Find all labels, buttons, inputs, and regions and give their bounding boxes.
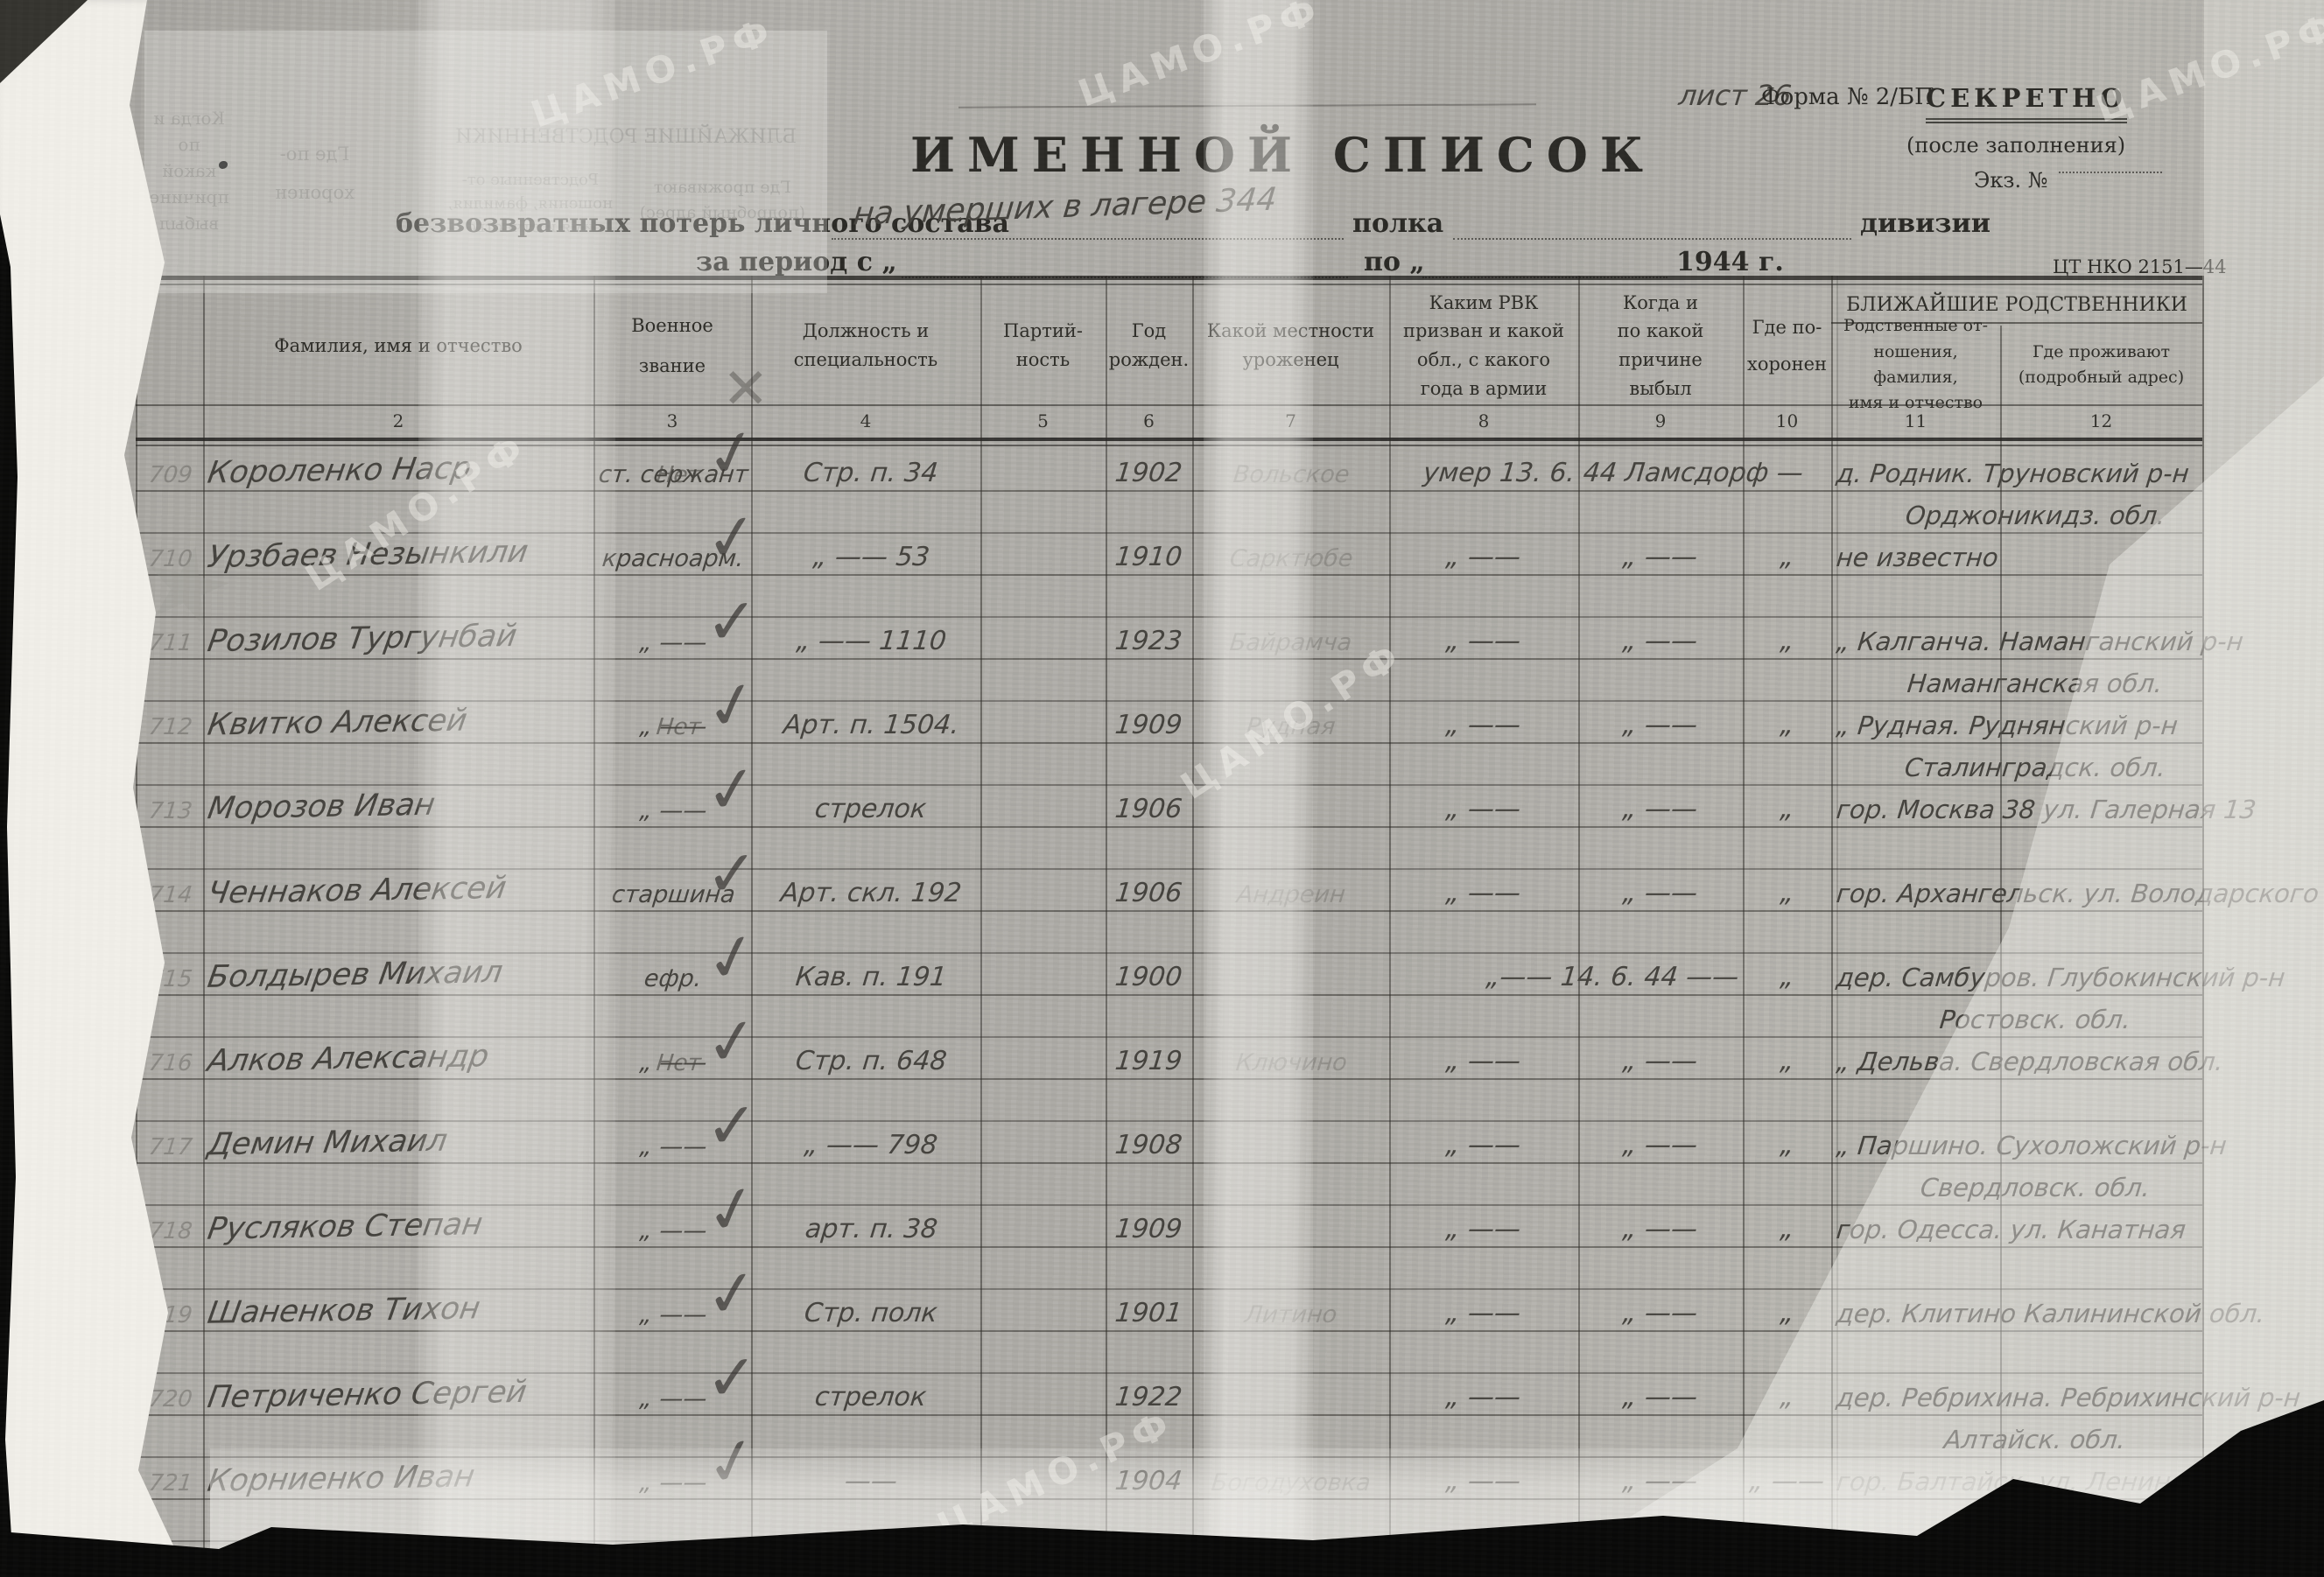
column-header-2: Фамилия, имя и отчество: [203, 289, 593, 403]
tape-strip-middle: [1204, 0, 1313, 1577]
row-name: Демин Михаил: [208, 1122, 595, 1160]
row-birth-year: 1901: [1107, 1290, 1190, 1328]
column-number-8: 8: [1389, 404, 1578, 438]
column-header-5: Партий- ность: [980, 289, 1106, 403]
row-birth-year: 1904: [1107, 1458, 1190, 1496]
row-birth-year: 1922: [1107, 1374, 1190, 1412]
table-column-line: [1389, 276, 1391, 1577]
row-name: Русляков Степан: [208, 1206, 595, 1244]
column-number-4: 4: [751, 404, 980, 438]
row-name: Болдырев Михаил: [208, 954, 595, 992]
row-when-lost: „ ——: [1581, 1290, 1740, 1328]
row-address-line2: Свердловск. обл.: [1864, 1164, 2206, 1202]
row-rvk-ditto: „ ——: [1392, 618, 1576, 656]
row-where-buried: „: [1745, 786, 1829, 824]
row-rvk-ditto: „ ——: [1392, 534, 1576, 572]
page-title: ИМЕННОЙ СПИСОК: [910, 127, 1655, 183]
row-serial: 710: [138, 534, 203, 572]
pencil-stroke: [958, 103, 1536, 108]
row-where-buried: „: [1745, 870, 1829, 908]
row-position: ——: [763, 1458, 979, 1496]
row-address-line1: д. Родник. Труновский р-н: [1836, 450, 2215, 488]
scanned-document-page: БЛИЖАЙШИЕ РОДСТВЕННИКИ Родственные от- н…: [0, 0, 2324, 1577]
row-address-line2: Наманганская обл.: [1864, 660, 2206, 698]
column-header-11: Родственные от- ношения, фамилия, имя и …: [1831, 327, 2000, 403]
row-address-line1: не известно: [1836, 534, 2215, 572]
row-rank: „ ——: [597, 1458, 749, 1496]
column-number-3: 3: [593, 404, 751, 438]
row-where-buried: „: [1745, 702, 1829, 740]
table-row-line: [136, 574, 2202, 576]
row-rank: „ ——: [597, 1038, 749, 1076]
row-address-line1: „ Калганча. Наманганский р-н: [1836, 618, 2215, 656]
row-position: Арт. скл. 192: [763, 870, 979, 908]
row-rank: „ ——: [597, 1206, 749, 1244]
row-rank: „ ——: [597, 1290, 749, 1328]
row-name: Ченнаков Алексей: [208, 870, 595, 908]
table-column-line: [751, 276, 753, 1577]
column-header-7: Какой местности уроженец: [1192, 289, 1389, 403]
row-rank: ефр.: [597, 954, 749, 992]
row-birth-year: 1910: [1107, 534, 1190, 572]
table-column-line: [1831, 276, 1833, 1577]
column-header-10: Где по- хоронен: [1743, 289, 1831, 403]
row-name: Короленко Наср: [208, 450, 595, 488]
copy-number-line: [2059, 172, 2162, 173]
row-birth-year: 1906: [1107, 870, 1190, 908]
column-number-2: 2: [203, 404, 593, 438]
copy-number-label: Экз. №: [1974, 168, 2047, 193]
row-when-lost: „ ——: [1581, 870, 1740, 908]
row-birth-year: 1923: [1107, 618, 1190, 656]
row-position: Стр. п. 34: [763, 450, 979, 488]
row-name: Розилов Тургунбай: [208, 618, 595, 656]
row-rvk-ditto: „ ——: [1392, 1458, 1576, 1496]
row-address-line2: Алтайск. обл.: [1864, 1416, 2206, 1454]
column-number-7: 7: [1192, 404, 1389, 438]
watermark-text-1: ЦАМО.РФ: [1072, 0, 1328, 116]
period-po-label: по „: [1364, 247, 1425, 277]
row-where-buried: „: [1745, 1038, 1829, 1076]
row-where-buried: „ ——: [1745, 1458, 1829, 1496]
column-number-10: 10: [1743, 404, 1831, 438]
row-rvk-ditto: „ ——: [1392, 1290, 1576, 1328]
row-address-line2: Орджоникидз. обл.: [1864, 492, 2206, 530]
row-address-line1: дер. Ребрихина. Ребрихинский р-н: [1836, 1374, 2215, 1412]
table-row-line: [136, 1330, 2202, 1332]
row-birth-year: 1908: [1107, 1122, 1190, 1160]
row-serial: 721: [138, 1458, 203, 1496]
column-header-8: Каким РВК призван и какой обл., с какого…: [1389, 289, 1578, 403]
row-address-line1: „ Рудная. Руднянский р-н: [1836, 702, 2215, 740]
row-position: Стр. полк: [763, 1290, 979, 1328]
row-position: „ —— 798: [763, 1122, 979, 1160]
row-serial: 713: [138, 786, 203, 824]
row-rank: красноарм.: [597, 534, 749, 572]
table-row-line: [136, 1498, 2202, 1500]
column-header-3: Военное звание: [593, 289, 751, 403]
table-row-line: [136, 910, 2202, 912]
row-birthplace: Сарктюбе: [1195, 534, 1387, 572]
row-address-line2: Ростовск. обл.: [1864, 996, 2206, 1034]
table-column-line: [203, 276, 205, 1577]
row-rvk-ditto: „ ——: [1392, 1206, 1576, 1244]
row-address-line1: „ Паршино. Сухоложский р-н: [1836, 1122, 2215, 1160]
row-address-line1: гор. Архангельск. ул. Володарского: [1836, 870, 2215, 908]
row-name: Квитко Алексей: [208, 702, 595, 740]
row-name: Алков Александр: [208, 1038, 595, 1076]
row-rank: ст. сержант: [597, 450, 749, 488]
column-number-6: 6: [1106, 404, 1192, 438]
row-birth-year: 1900: [1107, 954, 1190, 992]
row-death-note: умер 13. 6. 44 Ламсдорф —: [1396, 450, 1829, 488]
column-header-9: Когда и по какой причине выбыл: [1578, 289, 1743, 403]
column-number-12: 12: [2000, 404, 2202, 438]
subtitle-rule: [832, 238, 1344, 240]
table-row-line: [136, 1078, 2202, 1080]
row-address-line1: дер. Клитино Калининской обл.: [1836, 1290, 2215, 1328]
column-number-11: 11: [1831, 404, 2000, 438]
row-name: Петриченко Сергей: [208, 1374, 595, 1412]
row-birth-year: 1909: [1107, 702, 1190, 740]
row-birthplace: Ключино: [1195, 1038, 1387, 1076]
row-name: Морозов Иван: [208, 786, 595, 824]
row-rank: „ ——: [597, 702, 749, 740]
row-rvk-ditto: „ ——: [1392, 1374, 1576, 1412]
row-position: арт. п. 38: [763, 1206, 979, 1244]
row-serial: 709: [138, 450, 203, 488]
subtitle-hand: на умерших в лагере 344: [852, 181, 1279, 232]
row-name: Урзбаев Незынкили: [208, 534, 595, 572]
row-where-buried: „: [1745, 618, 1829, 656]
row-rvk-ditto: „ ——: [1392, 786, 1576, 824]
row-birthplace: Вольское: [1195, 450, 1387, 488]
row-serial: 712: [138, 702, 203, 740]
table-column-line: [980, 276, 982, 1577]
row-rank: „ ——: [597, 618, 749, 656]
row-when-lost: „ ——: [1581, 534, 1740, 572]
row-rvk-ditto: „ ——: [1392, 870, 1576, 908]
period-label: за период с „: [696, 247, 897, 277]
header-bottom-rule: [136, 438, 2202, 441]
row-serial: 717: [138, 1122, 203, 1160]
year-label: 1944 г.: [1676, 247, 1784, 277]
row-when-lost: „ ——: [1581, 786, 1740, 824]
row-position: Арт. п. 1504.: [763, 702, 979, 740]
row-position: Стр. п. 648: [763, 1038, 979, 1076]
row-rvk-ditto: „ ——: [1392, 702, 1576, 740]
table-row-line: [136, 1246, 2202, 1248]
bleed-group: БЛИЖАЙШИЕ РОДСТВЕННИКИ: [455, 123, 797, 151]
row-birth-year: 1919: [1107, 1038, 1190, 1076]
row-when-lost: „ ——: [1581, 1374, 1740, 1412]
row-rvk-ditto: „ ——: [1392, 1122, 1576, 1160]
row-position: „ —— 1110: [763, 618, 979, 656]
row-address-line1: гор. Москва 38 ул. Галерная 13: [1836, 786, 2215, 824]
row-when-lost: „ ——: [1581, 618, 1740, 656]
row-rank: старшина: [597, 870, 749, 908]
bleed-buried: Где по- хоронен: [275, 135, 355, 212]
column-number-5: 5: [980, 404, 1106, 438]
row-address-line1: гор. Одесса. ул. Канатная: [1836, 1206, 2215, 1244]
row-birthplace: Богодуховка: [1195, 1458, 1387, 1496]
light-band-right-edge: [2204, 0, 2324, 1577]
ink-blob-6: [219, 161, 228, 169]
row-where-buried: „: [1745, 1206, 1829, 1244]
row-name: Шаненков Тихон: [208, 1290, 595, 1328]
row-where-buried: „: [1745, 1122, 1829, 1160]
table-top-rule: [136, 276, 2202, 280]
column-header-6: Год рожден.: [1106, 289, 1192, 403]
row-birthplace: Литино: [1195, 1290, 1387, 1328]
column-number-9: 9: [1578, 404, 1743, 438]
row-position: Кав. п. 191: [763, 954, 979, 992]
row-rvk-ditto: „ ——: [1392, 1038, 1576, 1076]
unit-rule: [1453, 238, 1851, 240]
row-when-lost: „ ——: [1581, 1122, 1740, 1160]
column-header-12: Где проживают (подробный адрес): [2000, 327, 2202, 403]
table-top-rule-2: [136, 284, 2202, 285]
row-when-lost: „ ——: [1581, 1206, 1740, 1244]
row-when-lost: „ ——: [1581, 702, 1740, 740]
row-address-line1: „ Дельва. Свердловская обл.: [1836, 1038, 2215, 1076]
row-position: „ —— 53: [763, 534, 979, 572]
header-bottom-rule-2: [136, 445, 2202, 446]
row-birthplace: Рудная: [1195, 702, 1387, 740]
row-where-buried: „: [1745, 1290, 1829, 1328]
bleed-when: Когда и по какой причине выбыл: [149, 105, 229, 236]
row-when-lost: „ ——: [1581, 1038, 1740, 1076]
form-number: Форма № 2/БП: [1761, 84, 1934, 110]
form-ref: ЦТ НКО 2151—44: [2053, 256, 2227, 277]
row-rank: „ ——: [597, 786, 749, 824]
row-rank: „ ——: [597, 1122, 749, 1160]
secret-subnote: (после заполнения): [1906, 133, 2125, 158]
table-column-line: [1192, 276, 1194, 1577]
column-header-4: Должность и специальность: [751, 289, 980, 403]
row-birth-year: 1902: [1107, 450, 1190, 488]
row-birthplace: Байрамча: [1195, 618, 1387, 656]
table-row-line: [136, 826, 2202, 828]
unit-div-label: дивизии: [1860, 208, 1990, 239]
row-address-line2: Сталинградск. обл.: [1864, 744, 2206, 782]
unit-polk-label: полка: [1352, 208, 1443, 239]
row-position: стрелок: [763, 786, 979, 824]
row-name: Корниенко Иван: [208, 1458, 595, 1496]
row-rank: „ ——: [597, 1374, 749, 1412]
row-birth-year: 1909: [1107, 1206, 1190, 1244]
row-where-buried: „: [1745, 1374, 1829, 1412]
row-address-line1: дер. Самбуров. Глубокинский р-н: [1836, 954, 2215, 992]
row-where-buried: „: [1745, 534, 1829, 572]
watermark-text-0: ЦАМО.РФ: [525, 8, 781, 136]
row-where-buried: „: [1745, 954, 1829, 992]
secret-stamp: СЕКРЕТНО: [1926, 83, 2127, 123]
row-birthplace: Андреин: [1195, 870, 1387, 908]
row-position: стрелок: [763, 1374, 979, 1412]
row-when-lost: „ ——: [1581, 1458, 1740, 1496]
row-birth-year: 1906: [1107, 786, 1190, 824]
